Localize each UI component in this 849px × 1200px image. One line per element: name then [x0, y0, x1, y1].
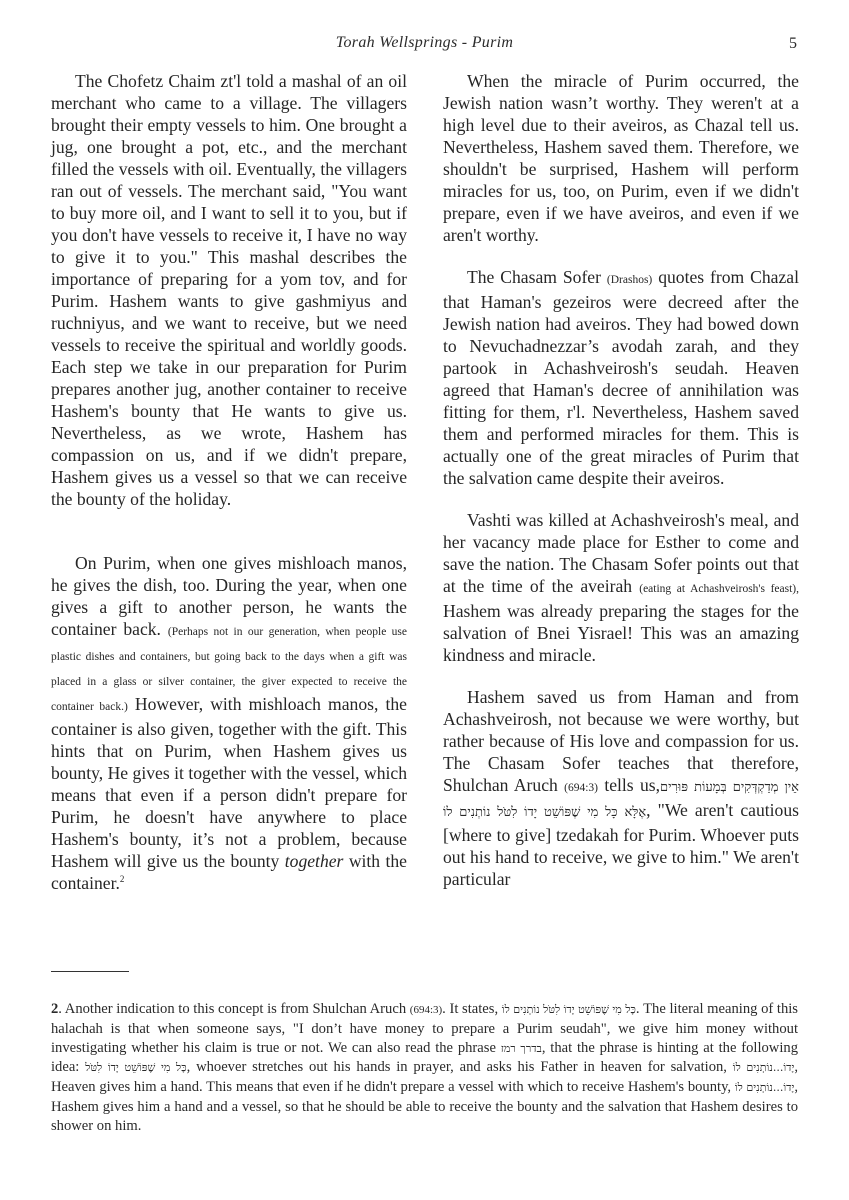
footnote-divider — [51, 971, 129, 972]
paragraph-chofetz-chaim-mashal: The Chofetz Chaim zt'l told a mashal of … — [51, 70, 407, 510]
page-number: 5 — [789, 35, 797, 53]
running-header: Torah Wellsprings - Purim 5 — [0, 34, 849, 58]
hebrew-quote: כָּל מִי שֶׁפּוֹשֵׁט יָדוֹ לִטֹּל נוֹתְנ… — [502, 1003, 636, 1016]
text: . Another indication to this concept is … — [58, 1001, 406, 1017]
parenthetical-note: (eating at Achashveirosh's feast), — [639, 583, 799, 595]
text: quotes from Chazal that Haman's gezeiros… — [443, 267, 799, 488]
emphasis: together — [285, 851, 344, 871]
paragraph-chasam-sofer: The Chasam Sofer (Drashos) quotes from C… — [443, 266, 799, 489]
text: , whoever stretches out his hands in pra… — [187, 1059, 727, 1075]
hebrew-quote: כָּל מִי שֶׁפּוֹשֵׁט יָדוֹ לִטֹּל — [85, 1061, 186, 1074]
left-column: The Chofetz Chaim zt'l told a mashal of … — [51, 70, 407, 894]
footnote-2: 2. Another indication to this concept is… — [51, 1000, 798, 1136]
hebrew-phrase: בדרך רמז — [501, 1042, 542, 1055]
footnote-ref[interactable]: 2 — [120, 874, 125, 884]
hebrew-quote: יָדוֹ...נוֹתְנִים לוֹ — [735, 1081, 795, 1094]
paragraph-vashti: Vashti was killed at Achashveirosh's mea… — [443, 509, 799, 666]
hebrew-quote: יָדוֹ...נוֹתְנִים לוֹ — [733, 1061, 795, 1074]
text: tells us, — [604, 775, 660, 795]
text: Hashem was already preparing the stages … — [443, 601, 799, 665]
source-citation: (694:3) — [410, 1004, 442, 1016]
text: The Chasam Sofer — [467, 267, 601, 287]
paragraph-mishloach-manos: On Purim, when one gives mishloach manos… — [51, 552, 407, 894]
paragraph-hashem-saved-us: Hashem saved us from Haman and from Acha… — [443, 686, 799, 890]
right-column: When the miracle of Purim occurred, the … — [443, 70, 799, 890]
text: However, with mishloach manos, the conta… — [51, 694, 407, 871]
paragraph-miracle-of-purim: When the miracle of Purim occurred, the … — [443, 70, 799, 246]
text: . It states, — [442, 1001, 498, 1017]
source-citation: (694:3) — [564, 782, 598, 794]
header-title: Torah Wellsprings - Purim — [0, 34, 849, 52]
source-citation: (Drashos) — [607, 274, 652, 286]
